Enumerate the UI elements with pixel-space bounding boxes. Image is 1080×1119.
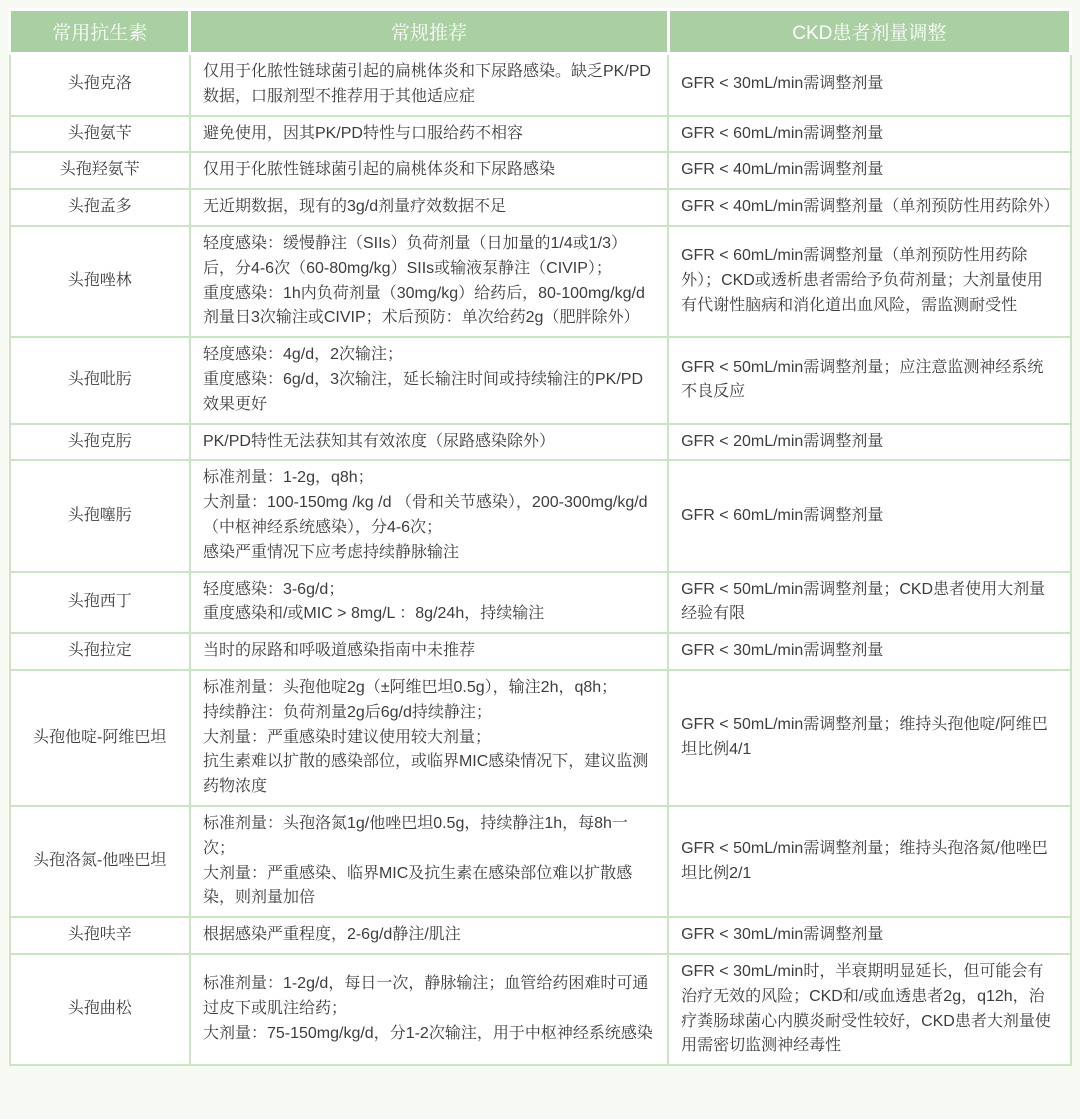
- table-row: 头孢氨苄避免使用，因其PK/PD特性与口服给药不相容GFR < 60mL/min…: [10, 116, 1071, 153]
- ckd-adjustment-cell: GFR < 20mL/min需调整剂量: [668, 424, 1070, 461]
- recommendation-cell: 仅用于化脓性链球菌引起的扁桃体炎和下尿路感染。缺乏PK/PD数据，口服剂型不推荐…: [190, 54, 668, 116]
- table-row: 头孢吡肟轻度感染：4g/d，2次输注； 重度感染：6g/d，3次输注，延长输注时…: [10, 337, 1071, 423]
- header-row: 常用抗生素 常规推荐 CKD患者剂量调整: [10, 10, 1071, 54]
- drug-name-cell: 头孢噻肟: [10, 460, 190, 571]
- drug-name-cell: 头孢他啶-阿维巴坦: [10, 670, 190, 806]
- drug-name-cell: 头孢吡肟: [10, 337, 190, 423]
- recommendation-cell: 标准剂量：1-2g，q8h； 大剂量：100-150mg /kg /d （骨和关…: [190, 460, 668, 571]
- recommendation-cell: 标准剂量：头孢他啶2g（±阿维巴坦0.5g），输注2h，q8h； 持续静注：负荷…: [190, 670, 668, 806]
- recommendation-cell: 无近期数据，现有的3g/d剂量疗效数据不足: [190, 189, 668, 226]
- ckd-adjustment-cell: GFR < 50mL/min需调整剂量；CKD患者使用大剂量经验有限: [668, 572, 1070, 634]
- ckd-adjustment-cell: GFR < 30mL/min需调整剂量: [668, 54, 1070, 116]
- table-row: 头孢呋辛根据感染严重程度，2-6g/d静注/肌注GFR < 30mL/min需调…: [10, 917, 1071, 954]
- drug-name-cell: 头孢孟多: [10, 189, 190, 226]
- header-common-antibiotics: 常用抗生素: [10, 10, 190, 54]
- drug-name-cell: 头孢唑林: [10, 226, 190, 337]
- drug-name-cell: 头孢呋辛: [10, 917, 190, 954]
- recommendation-cell: 标准剂量：头孢洛氮1g/他唑巴坦0.5g，持续静注1h，每8h一次； 大剂量：严…: [190, 806, 668, 917]
- table-row: 头孢克肟PK/PD特性无法获知其有效浓度（尿路感染除外）GFR < 20mL/m…: [10, 424, 1071, 461]
- ckd-adjustment-cell: GFR < 60mL/min需调整剂量（单剂预防性用药除外）；CKD或透析患者需…: [668, 226, 1070, 337]
- header-general-recommendation: 常规推荐: [190, 10, 668, 54]
- recommendation-cell: 轻度感染：3-6g/d； 重度感染和/或MIC > 8mg/L ：8g/24h，…: [190, 572, 668, 634]
- ckd-adjustment-cell: GFR < 50mL/min需调整剂量；应注意监测神经系统不良反应: [668, 337, 1070, 423]
- recommendation-cell: 轻度感染：4g/d，2次输注； 重度感染：6g/d，3次输注，延长输注时间或持续…: [190, 337, 668, 423]
- drug-name-cell: 头孢曲松: [10, 954, 190, 1065]
- ckd-adjustment-cell: GFR < 50mL/min需调整剂量；维持头孢他啶/阿维巴坦比例4/1: [668, 670, 1070, 806]
- ckd-adjustment-cell: GFR < 60mL/min需调整剂量: [668, 116, 1070, 153]
- antibiotics-dosing-page: 常用抗生素 常规推荐 CKD患者剂量调整 头孢克洛仅用于化脓性链球菌引起的扁桃体…: [0, 0, 1080, 1119]
- recommendation-cell: 仅用于化脓性链球菌引起的扁桃体炎和下尿路感染: [190, 152, 668, 189]
- table-row: 头孢噻肟标准剂量：1-2g，q8h； 大剂量：100-150mg /kg /d …: [10, 460, 1071, 571]
- drug-name-cell: 头孢拉定: [10, 633, 190, 670]
- table-row: 头孢羟氨苄仅用于化脓性链球菌引起的扁桃体炎和下尿路感染GFR < 40mL/mi…: [10, 152, 1071, 189]
- ckd-adjustment-cell: GFR < 60mL/min需调整剂量: [668, 460, 1070, 571]
- recommendation-cell: 根据感染严重程度，2-6g/d静注/肌注: [190, 917, 668, 954]
- table-row: 头孢孟多无近期数据，现有的3g/d剂量疗效数据不足GFR < 40mL/min需…: [10, 189, 1071, 226]
- drug-name-cell: 头孢羟氨苄: [10, 152, 190, 189]
- drug-name-cell: 头孢克肟: [10, 424, 190, 461]
- drug-name-cell: 头孢西丁: [10, 572, 190, 634]
- table-row: 头孢唑林轻度感染：缓慢静注（SIIs）负荷剂量（日加量的1/4或1/3）后，分4…: [10, 226, 1071, 337]
- ckd-adjustment-cell: GFR < 40mL/min需调整剂量: [668, 152, 1070, 189]
- drug-name-cell: 头孢克洛: [10, 54, 190, 116]
- table-row: 头孢洛氮-他唑巴坦标准剂量：头孢洛氮1g/他唑巴坦0.5g，持续静注1h，每8h…: [10, 806, 1071, 917]
- table-row: 头孢克洛仅用于化脓性链球菌引起的扁桃体炎和下尿路感染。缺乏PK/PD数据，口服剂…: [10, 54, 1071, 116]
- drug-name-cell: 头孢洛氮-他唑巴坦: [10, 806, 190, 917]
- ckd-adjustment-cell: GFR < 50mL/min需调整剂量；维持头孢洛氮/他唑巴坦比例2/1: [668, 806, 1070, 917]
- ckd-adjustment-cell: GFR < 40mL/min需调整剂量（单剂预防性用药除外）: [668, 189, 1070, 226]
- recommendation-cell: 避免使用，因其PK/PD特性与口服给药不相容: [190, 116, 668, 153]
- table-row: 头孢西丁轻度感染：3-6g/d； 重度感染和/或MIC > 8mg/L ：8g/…: [10, 572, 1071, 634]
- recommendation-cell: 当时的尿路和呼吸道感染指南中未推荐: [190, 633, 668, 670]
- recommendation-cell: 轻度感染：缓慢静注（SIIs）负荷剂量（日加量的1/4或1/3）后，分4-6次（…: [190, 226, 668, 337]
- antibiotics-dosing-table: 常用抗生素 常规推荐 CKD患者剂量调整 头孢克洛仅用于化脓性链球菌引起的扁桃体…: [8, 8, 1072, 1066]
- header-ckd-dose-adjustment: CKD患者剂量调整: [668, 10, 1070, 54]
- drug-name-cell: 头孢氨苄: [10, 116, 190, 153]
- ckd-adjustment-cell: GFR < 30mL/min需调整剂量: [668, 917, 1070, 954]
- table-row: 头孢曲松标准剂量：1-2g/d，每日一次，静脉输注；血管给药困难时可通过皮下或肌…: [10, 954, 1071, 1065]
- recommendation-cell: PK/PD特性无法获知其有效浓度（尿路感染除外）: [190, 424, 668, 461]
- table-row: 头孢他啶-阿维巴坦标准剂量：头孢他啶2g（±阿维巴坦0.5g），输注2h，q8h…: [10, 670, 1071, 806]
- ckd-adjustment-cell: GFR < 30mL/min时，半衰期明显延长，但可能会有治疗无效的风险；CKD…: [668, 954, 1070, 1065]
- ckd-adjustment-cell: GFR < 30mL/min需调整剂量: [668, 633, 1070, 670]
- table-row: 头孢拉定当时的尿路和呼吸道感染指南中未推荐GFR < 30mL/min需调整剂量: [10, 633, 1071, 670]
- recommendation-cell: 标准剂量：1-2g/d，每日一次，静脉输注；血管给药困难时可通过皮下或肌注给药；…: [190, 954, 668, 1065]
- table-body: 头孢克洛仅用于化脓性链球菌引起的扁桃体炎和下尿路感染。缺乏PK/PD数据，口服剂…: [10, 54, 1071, 1066]
